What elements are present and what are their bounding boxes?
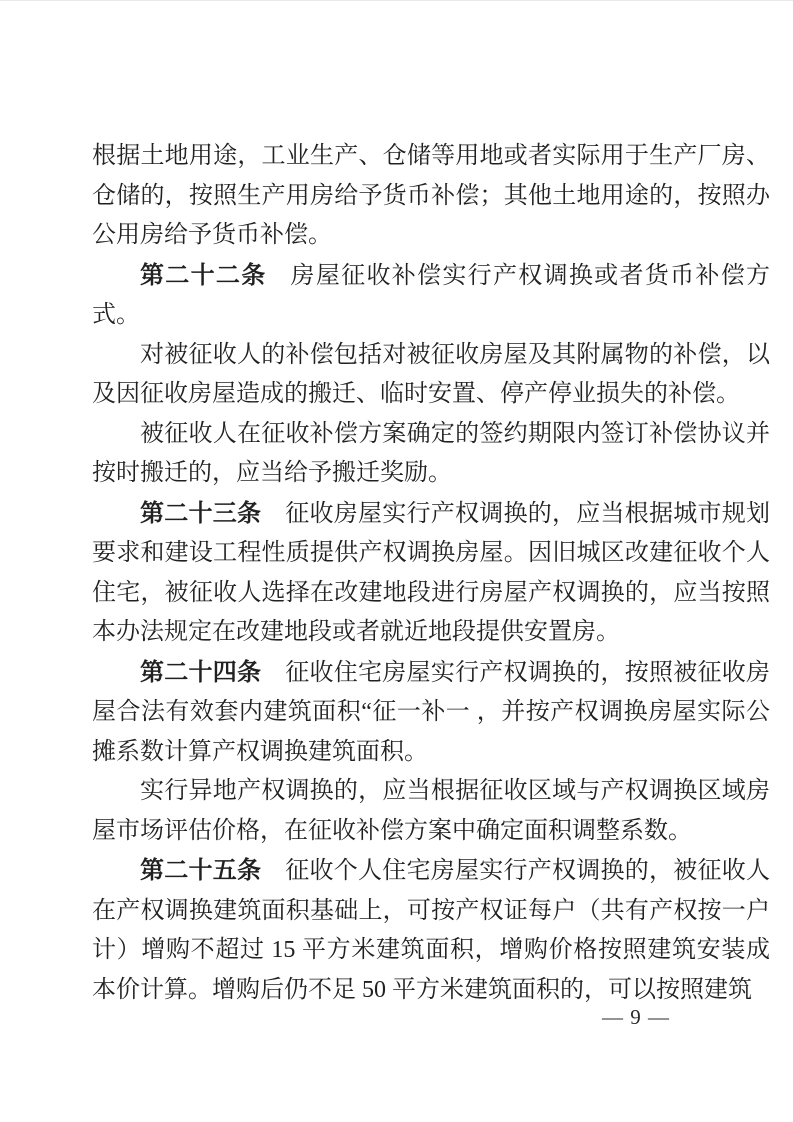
paragraph-article-24: 第二十四条征收住宅房屋实行产权调换的，按照被征收房屋合法有效套内建筑面积“征一补… [92, 653, 770, 773]
article-number: 第二十二条 [140, 262, 267, 289]
paragraph-article-25: 第二十五条征收个人住宅房屋实行产权调换的，被征收人在产权调换建筑面积基础上，可按… [92, 851, 770, 1010]
article-number: 第二十三条 [140, 500, 261, 527]
paragraph: 实行异地产权调换的，应当根据征收区域与产权调换区域房屋市场评估价格，在征收补偿方… [92, 772, 770, 851]
paragraph-text: 被征收人在征收补偿方案确定的签约期限内签订补偿协议并按时搬迁的，应当给予搬迁奖励… [92, 421, 770, 487]
paragraph: 根据土地用途，工业生产、仓储等用地或者实际用于生产厂房、仓储的，按照生产用房给予… [92, 137, 770, 256]
paragraph-text: 根据土地用途，工业生产、仓储等用地或者实际用于生产厂房、仓储的，按照生产用房给予… [92, 143, 770, 248]
article-number: 第二十五条 [140, 857, 261, 884]
document-body: 根据土地用途，工业生产、仓储等用地或者实际用于生产厂房、仓储的，按照生产用房给予… [92, 137, 770, 1010]
page-number: — 9 — [602, 1005, 670, 1030]
paragraph: 对被征收人的补偿包括对被征收房屋及其附属物的补偿，以及因征收房屋造成的搬迁、临时… [92, 336, 770, 415]
article-number: 第二十四条 [140, 659, 261, 686]
paragraph-text: 对被征收人的补偿包括对被征收房屋及其附属物的补偿，以及因征收房屋造成的搬迁、临时… [92, 342, 770, 408]
paragraph-article-23: 第二十三条征收房屋实行产权调换的，应当根据城市规划要求和建设工程性质提供产权调换… [92, 494, 770, 653]
document-page: 根据土地用途，工业生产、仓储等用地或者实际用于生产厂房、仓储的，按照生产用房给予… [0, 0, 793, 1122]
paragraph-article-22: 第二十二条房屋征收补偿实行产权调换或者货币补偿方式。 [92, 256, 770, 336]
paragraph: 被征收人在征收补偿方案确定的签约期限内签订补偿协议并按时搬迁的，应当给予搬迁奖励… [92, 415, 770, 494]
paragraph-text: 实行异地产权调换的，应当根据征收区域与产权调换区域房屋市场评估价格，在征收补偿方… [92, 778, 770, 844]
